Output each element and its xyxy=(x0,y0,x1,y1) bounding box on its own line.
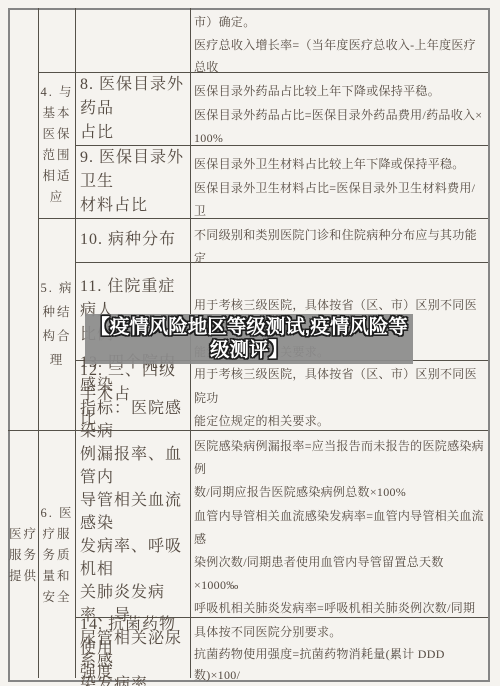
subdimension-label-6-service-quality-safety: 6. 医 疗服 务质 量和 安全 xyxy=(39,430,75,681)
criteria-cell-13: 医院感染病例漏报率=应当报告而未报告的医院感染病例 数/同期应报告医院感染病例总… xyxy=(194,430,486,622)
criteria-cell-8: 医保目录外药品占比较上年下降或保持平稳。 医保目录外药品占比=医保目录外药品费用… xyxy=(194,72,486,153)
watermark-text-line1: 【疫情风险地区等级测试,疫情风险等 xyxy=(90,316,407,339)
watermark-text-line2: 级测评】 xyxy=(210,339,288,362)
scanned-document-page: 医疗 服务 提供 4. 与 基本 医保 范围 相适 应 5. 病 种结 构合 理… xyxy=(0,0,500,686)
table-vline-col2 xyxy=(75,8,76,678)
criteria-cell-9: 医保目录外卫生材料占比较上年下降或保持平稳。 医保目录外卫生材料占比=医保目录外… xyxy=(194,145,486,226)
criteria-cell-12: 用于考核三级医院，具体按省（区、市）区别不同医院功 能定位规定的相关要求。 三、… xyxy=(194,360,486,433)
indicator-cell-14: 14. 抗菌药物使用 强度 xyxy=(80,617,188,681)
indicator-cell-9: 9. 医保目录外卫生 材料占比 xyxy=(80,145,188,218)
criteria-cell-10: 不同级别和类别医院门诊和住院病种分布应与其功能定 位相符，具体标准由省（区、市）… xyxy=(194,218,486,268)
criteria-cell-14: 具体按不同医院分别要求。 抗菌药物使用强度=抗菌药物消耗量(累计 DDD 数)×… xyxy=(194,617,486,686)
subdimension-label-4-basic-insurance-scope: 4. 与 基本 医保 范围 相适 应 xyxy=(39,72,75,218)
dimension-label-medical-service-provision: 医疗 服务 提供 xyxy=(9,430,38,681)
indicator-cell-10: 10. 病种分布 xyxy=(80,218,188,262)
indicator-cell-13: 13. 四个院内感染 指标：医院感染病 例漏报率、血管内 导管相关血流感染 发病… xyxy=(80,430,188,617)
watermark-overlay: 【疫情风险地区等级测试,疫情风险等 级测评】 xyxy=(85,314,413,364)
subdimension-label-5-case-structure: 5. 病 种结 构合 理 xyxy=(39,218,75,430)
indicator-cell-8: 8. 医保目录外药品 占比 xyxy=(80,72,188,145)
criteria-cell-7: 市）确定。 医疗总收入增长率=（当年度医疗总收入-上年度医疗总收 入）/上年度医… xyxy=(194,9,486,74)
